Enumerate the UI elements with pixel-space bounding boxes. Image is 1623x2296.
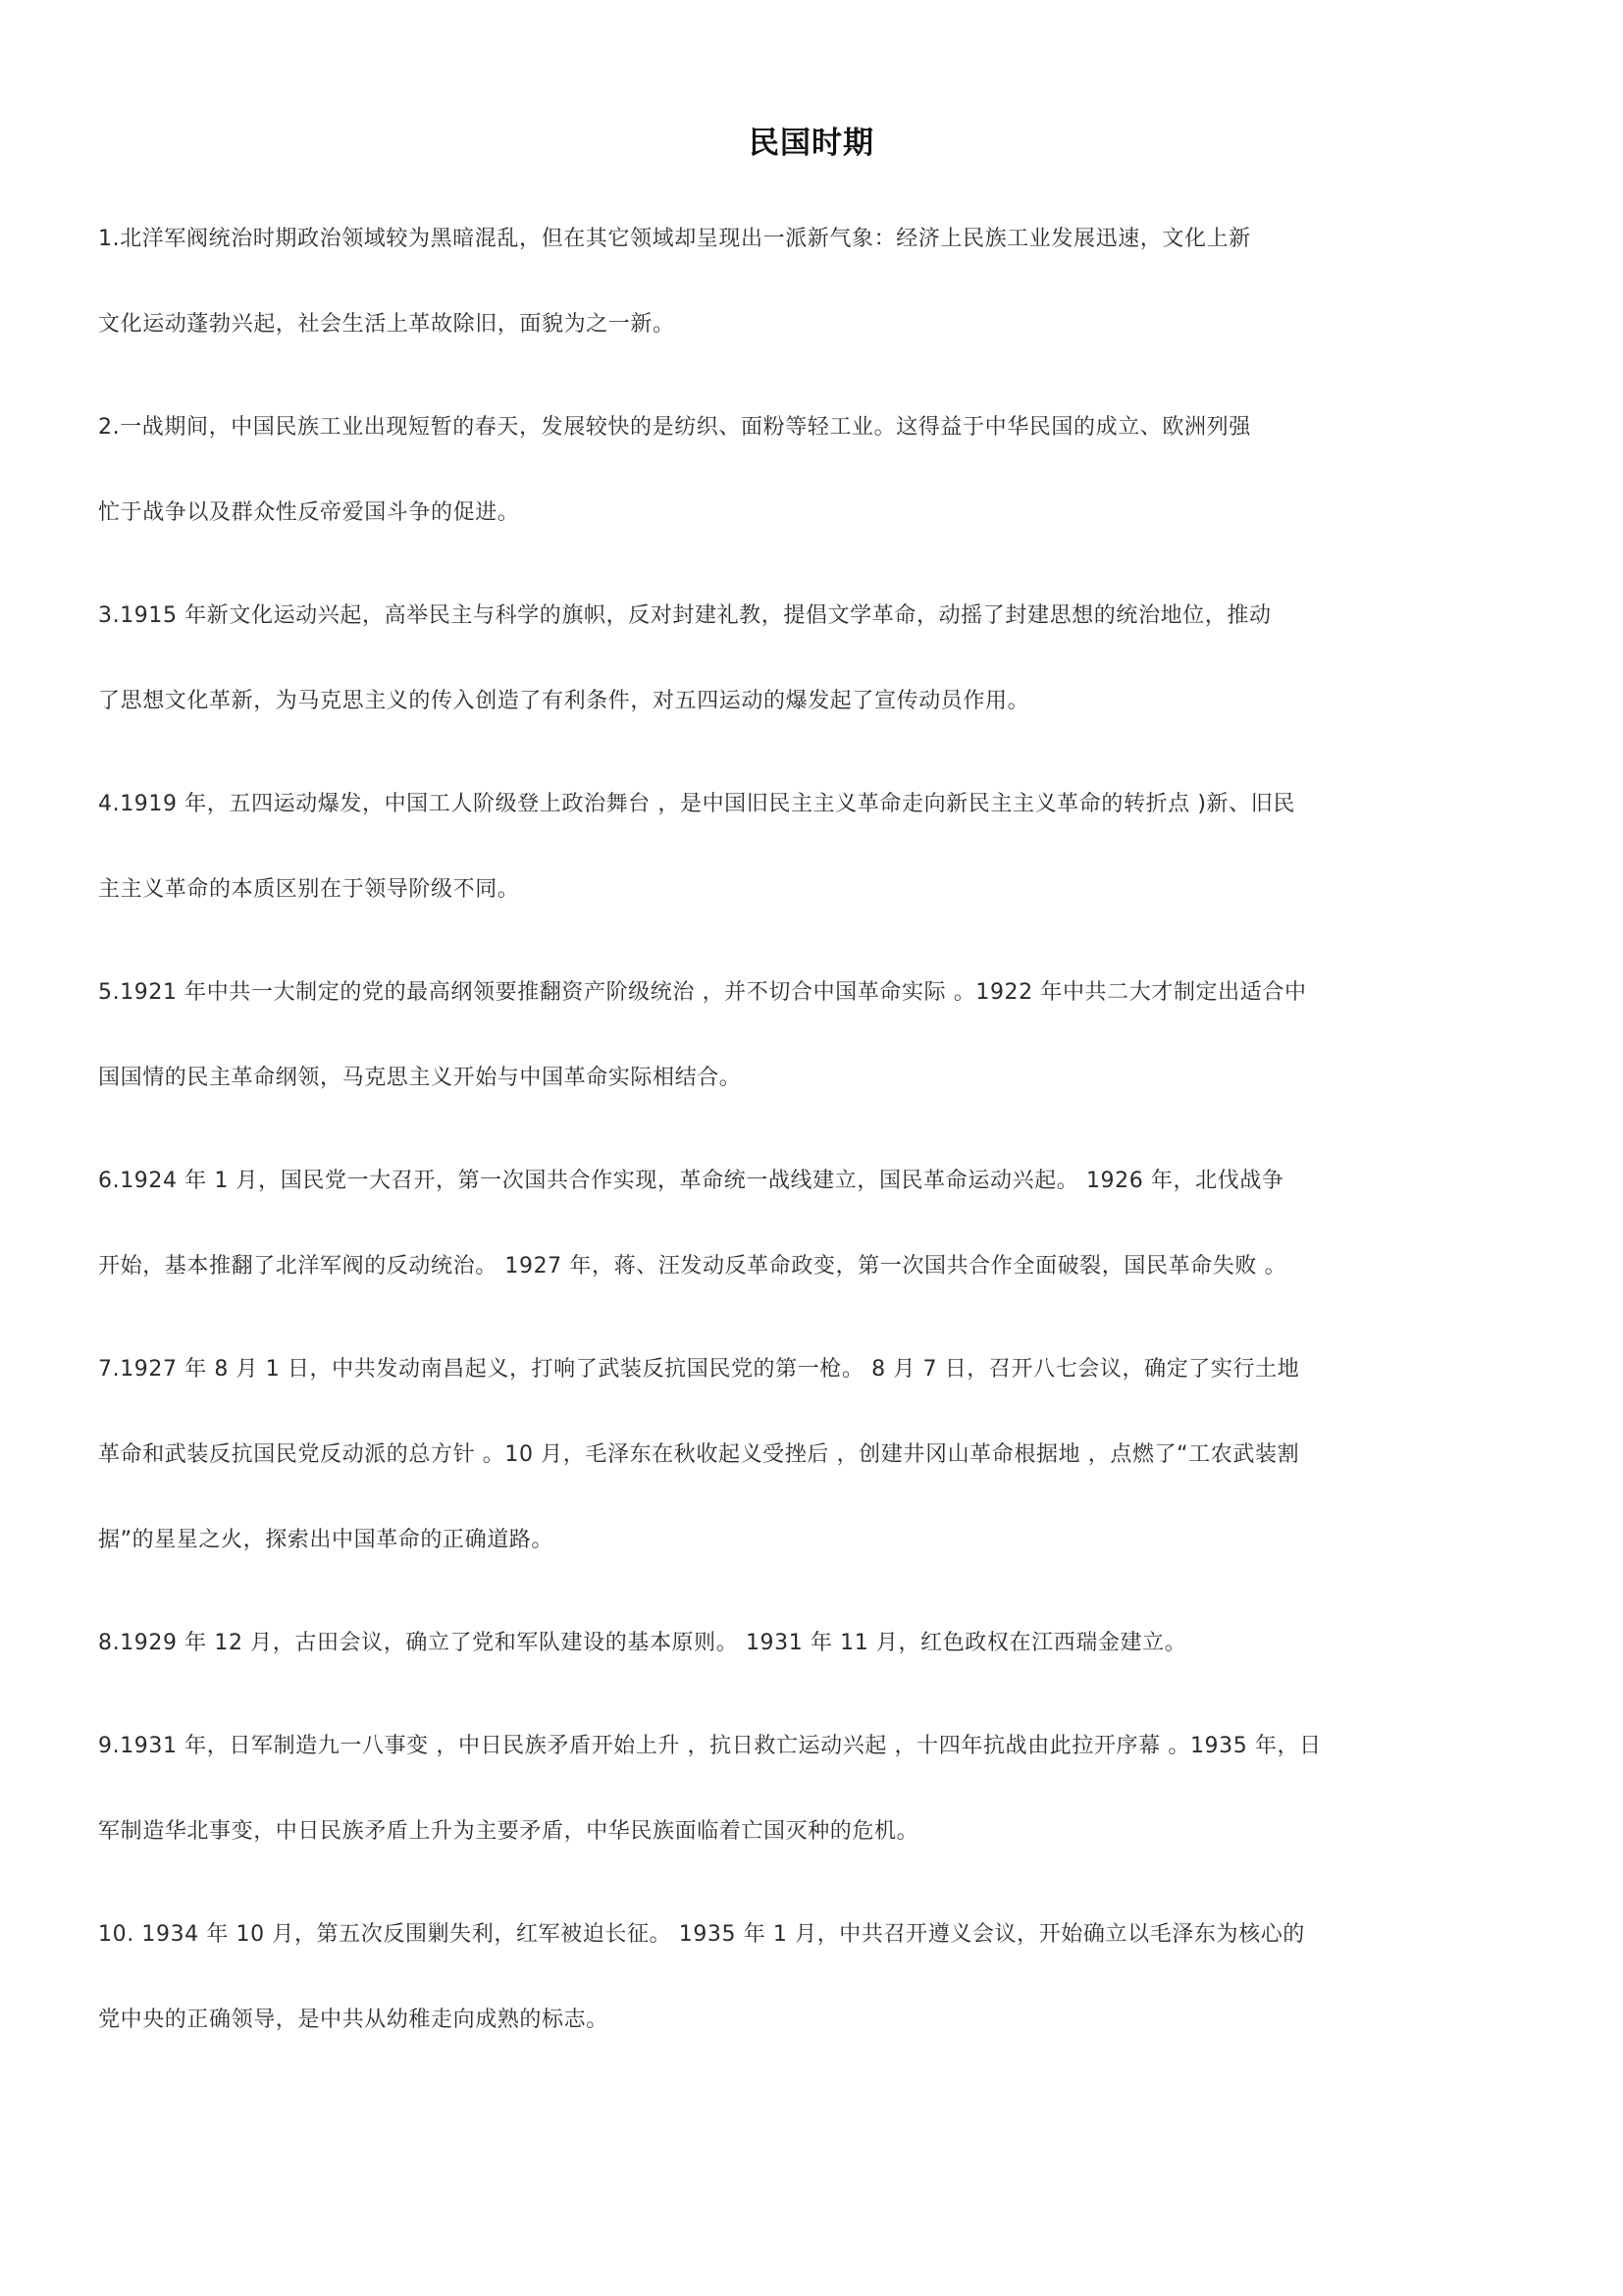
paragraph-line: 10. 1934 年 10 月，第五次反围剿失利，红军被迫长征。 1935 年 … xyxy=(98,1913,1533,1999)
paragraph-line: 忙于战争以及群众性反帝爱国斗争的促进。 xyxy=(98,492,1533,577)
paragraph-6: 6.1924 年 1 月，国民党一大召开，第一次国共合作实现，革命统一战线建立，… xyxy=(98,1160,1533,1331)
paragraph-line: 1.北洋军阀统治时期政治领域较为黑暗混乱，但在其它领域却呈现出一派新气象：经济上… xyxy=(98,218,1533,303)
paragraph-3: 3.1915 年新文化运动兴起，高举民主与科学的旗帜，反对封建礼教，提倡文学革命… xyxy=(98,595,1533,765)
paragraph-8: 8.1929 年 12 月，古田会议，确立了党和军队建设的基本原则。 1931 … xyxy=(98,1622,1533,1707)
document-page: 民国时期 1.北洋军阀统治时期政治领域较为黑暗混乱，但在其它领域却呈现出一派新气… xyxy=(0,0,1623,2296)
paragraph-line: 革命和武装反抗国民党反动派的总方针 。10 月，毛泽东在秋收起义受挫后 ，创建井… xyxy=(98,1434,1533,1519)
paragraph-line: 3.1915 年新文化运动兴起，高举民主与科学的旗帜，反对封建礼教，提倡文学革命… xyxy=(98,595,1533,680)
paragraph-10: 10. 1934 年 10 月，第五次反围剿失利，红军被迫长征。 1935 年 … xyxy=(98,1913,1533,2084)
paragraph-7: 7.1927 年 8 月 1 日，中共发动南昌起义，打响了武装反抗国民党的第一枪… xyxy=(98,1348,1533,1604)
document-body: 1.北洋军阀统治时期政治领域较为黑暗混乱，但在其它领域却呈现出一派新气象：经济上… xyxy=(98,218,1533,2102)
paragraph-1: 1.北洋军阀统治时期政治领域较为黑暗混乱，但在其它领域却呈现出一派新气象：经济上… xyxy=(98,218,1533,389)
paragraph-4: 4.1919 年，五四运动爆发，中国工人阶级登上政治舞台 ，是中国旧民主主义革命… xyxy=(98,783,1533,954)
paragraph-line: 5.1921 年中共一大制定的党的最高纲领要推翻资产阶级统治 ，并不切合中国革命… xyxy=(98,971,1533,1057)
paragraph-line: 军制造华北事变，中日民族矛盾上升为主要矛盾，中华民族面临着亡国灭种的危机。 xyxy=(98,1810,1533,1896)
paragraph-line: 4.1919 年，五四运动爆发，中国工人阶级登上政治舞台 ，是中国旧民主主义革命… xyxy=(98,783,1533,868)
paragraph-line: 文化运动蓬勃兴起，社会生活上革故除旧，面貌为之一新。 xyxy=(98,303,1533,389)
paragraph-line: 9.1931 年，日军制造九一八事变 ，中日民族矛盾开始上升 ，抗日救亡运动兴起… xyxy=(98,1725,1533,1810)
paragraph-line: 党中央的正确领导，是中共从幼稚走向成熟的标志。 xyxy=(98,1999,1533,2084)
paragraph-line: 据”的星星之火，探索出中国革命的正确道路。 xyxy=(98,1519,1533,1604)
paragraph-5: 5.1921 年中共一大制定的党的最高纲领要推翻资产阶级统治 ，并不切合中国革命… xyxy=(98,971,1533,1142)
paragraph-9: 9.1931 年，日军制造九一八事变 ，中日民族矛盾开始上升 ，抗日救亡运动兴起… xyxy=(98,1725,1533,1896)
paragraph-line: 6.1924 年 1 月，国民党一大召开，第一次国共合作实现，革命统一战线建立，… xyxy=(98,1160,1533,1245)
paragraph-line: 2.一战期间，中国民族工业出现短暂的春天，发展较快的是纺织、面粉等轻工业。这得益… xyxy=(98,406,1533,492)
paragraph-line: 开始，基本推翻了北洋军阀的反动统治。 1927 年，蒋、汪发动反革命政变，第一次… xyxy=(98,1245,1533,1331)
paragraph-line: 了思想文化革新，为马克思主义的传入创造了有利条件，对五四运动的爆发起了宣传动员作… xyxy=(98,680,1533,765)
paragraph-line: 主主义革命的本质区别在于领导阶级不同。 xyxy=(98,868,1533,954)
paragraph-2: 2.一战期间，中国民族工业出现短暂的春天，发展较快的是纺织、面粉等轻工业。这得益… xyxy=(98,406,1533,577)
paragraph-line: 8.1929 年 12 月，古田会议，确立了党和军队建设的基本原则。 1931 … xyxy=(98,1622,1533,1707)
page-title: 民国时期 xyxy=(0,124,1623,163)
paragraph-line: 国国情的民主革命纲领，马克思主义开始与中国革命实际相结合。 xyxy=(98,1057,1533,1142)
paragraph-line: 7.1927 年 8 月 1 日，中共发动南昌起义，打响了武装反抗国民党的第一枪… xyxy=(98,1348,1533,1434)
